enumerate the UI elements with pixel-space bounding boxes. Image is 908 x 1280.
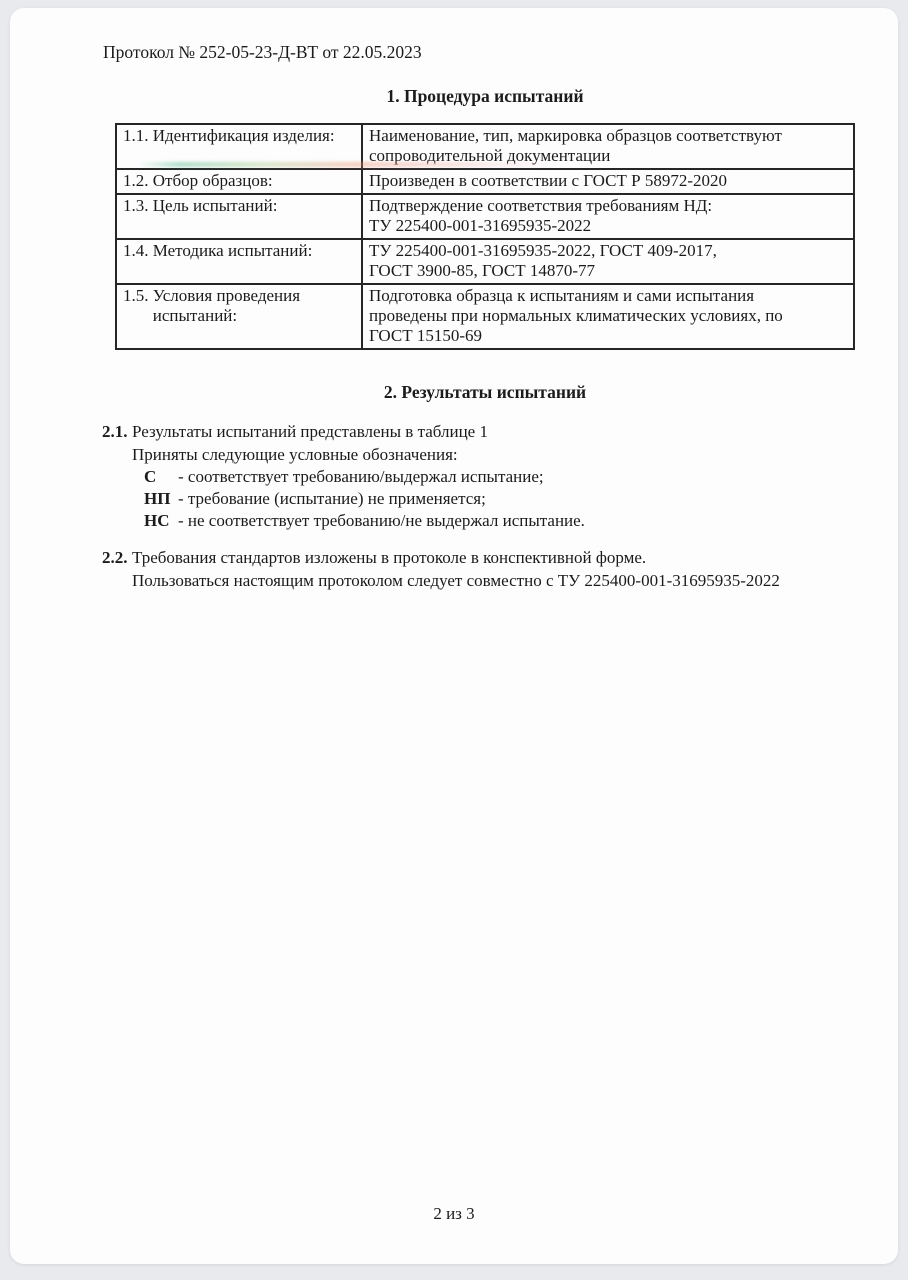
row-label: 1.2. Отбор образцов:	[116, 169, 362, 194]
legend-code: С	[144, 466, 178, 488]
row-value: ТУ 225400-001-31695935-2022, ГОСТ 409-20…	[362, 239, 854, 284]
page-number: 2 из 3	[10, 1203, 898, 1225]
item-2-2-line: 2.2.Требования стандартов изложены в про…	[102, 546, 842, 569]
row-value: Подготовка образца к испытаниям и сами и…	[362, 284, 854, 349]
row-label: 1.4. Методика испытаний:	[116, 239, 362, 284]
row-label: 1.3. Цель испытаний:	[116, 194, 362, 239]
procedure-table: 1.1. Идентификация изделия: Наименование…	[115, 123, 855, 350]
row-label: 1.1. Идентификация изделия:	[116, 124, 362, 169]
legend-code: НС	[144, 510, 178, 532]
table-row: 1.3. Цель испытаний: Подтверждение соотв…	[116, 194, 854, 239]
table-row: 1.2. Отбор образцов: Произведен в соотве…	[116, 169, 854, 194]
legend: С- соответствует требованию/выдержал исп…	[144, 466, 842, 532]
row-label: 1.5. Условия проведения испытаний:	[116, 284, 362, 349]
item-2-1: 2.1.Результаты испытаний представлены в …	[102, 420, 842, 532]
item-2-2: 2.2.Требования стандартов изложены в про…	[102, 546, 842, 592]
item-2-1-subtext: Приняты следующие условные обозначения:	[132, 443, 842, 466]
scanned-page: Протокол № 252-05-23-Д-ВТ от 22.05.2023 …	[10, 8, 898, 1264]
legend-code: НП	[144, 488, 178, 510]
table-row: 1.4. Методика испытаний: ТУ 225400-001-3…	[116, 239, 854, 284]
legend-row: НС- не соответствует требованию/не выдер…	[144, 510, 842, 532]
row-value: Наименование, тип, маркировка образцов с…	[362, 124, 854, 169]
item-2-1-number: 2.1.	[102, 420, 132, 443]
table-row: 1.5. Условия проведения испытаний: Подго…	[116, 284, 854, 349]
item-2-2-number: 2.2.	[102, 546, 132, 569]
protocol-number-header: Протокол № 252-05-23-Д-ВТ от 22.05.2023	[103, 41, 422, 63]
legend-desc: - не соответствует требованию/не выдержа…	[178, 511, 585, 530]
row-value: Произведен в соответствии с ГОСТ Р 58972…	[362, 169, 854, 194]
item-2-2-subtext: Пользоваться настоящим протоколом следуе…	[132, 569, 842, 592]
table-row: 1.1. Идентификация изделия: Наименование…	[116, 124, 854, 169]
document-viewer: Протокол № 252-05-23-Д-ВТ от 22.05.2023 …	[0, 0, 908, 1280]
section-1-title: 1. Процедура испытаний	[103, 85, 867, 107]
row-value: Подтверждение соответствия требованиям Н…	[362, 194, 854, 239]
legend-desc: - требование (испытание) не применяется;	[178, 489, 486, 508]
legend-desc: - соответствует требованию/выдержал испы…	[178, 467, 544, 486]
legend-row: С- соответствует требованию/выдержал исп…	[144, 466, 842, 488]
item-2-2-text: Требования стандартов изложены в протоко…	[132, 548, 646, 567]
legend-row: НП- требование (испытание) не применяетс…	[144, 488, 842, 510]
item-2-1-line: 2.1.Результаты испытаний представлены в …	[102, 420, 842, 443]
item-2-1-text: Результаты испытаний представлены в табл…	[132, 422, 488, 441]
section-2-title: 2. Результаты испытаний	[103, 381, 867, 403]
